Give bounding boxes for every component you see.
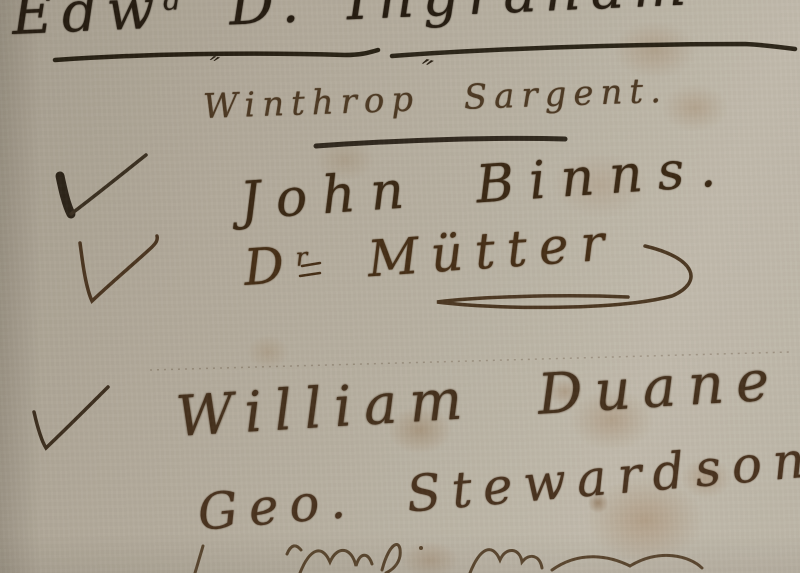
manuscript-photo: Edwd D. Ingraham ″ ″ Winthrop Sargent. J…	[0, 0, 800, 573]
checkmark-icon	[34, 387, 108, 448]
name-line-duane: William Duane	[174, 353, 782, 446]
name-text: D	[242, 235, 298, 296]
name-text: Mütter	[318, 213, 618, 292]
name-text: Edw	[11, 0, 165, 48]
underline-flourish-ingraham-right	[392, 44, 795, 56]
superscript-letter: d	[162, 0, 190, 17]
name-text: D. Ingraham	[189, 0, 696, 40]
underline-flourish-sargent	[316, 138, 565, 146]
name-line-sargent: Winthrop Sargent.	[202, 74, 668, 124]
checkmark-icon	[80, 236, 157, 301]
ditto-mark: ″	[205, 51, 222, 82]
checkmark-icon	[60, 155, 146, 214]
name-line-stewardson: Geo. Stewardson	[196, 434, 800, 538]
cutoff-signature-strokes	[195, 544, 702, 573]
name-line-binns: John Binns.	[238, 142, 732, 228]
name-line-ingraham: Edwd D. Ingraham	[11, 0, 696, 44]
name-line-mutter: Dr Mütter	[242, 217, 618, 293]
superscript-letter: r	[294, 241, 320, 272]
